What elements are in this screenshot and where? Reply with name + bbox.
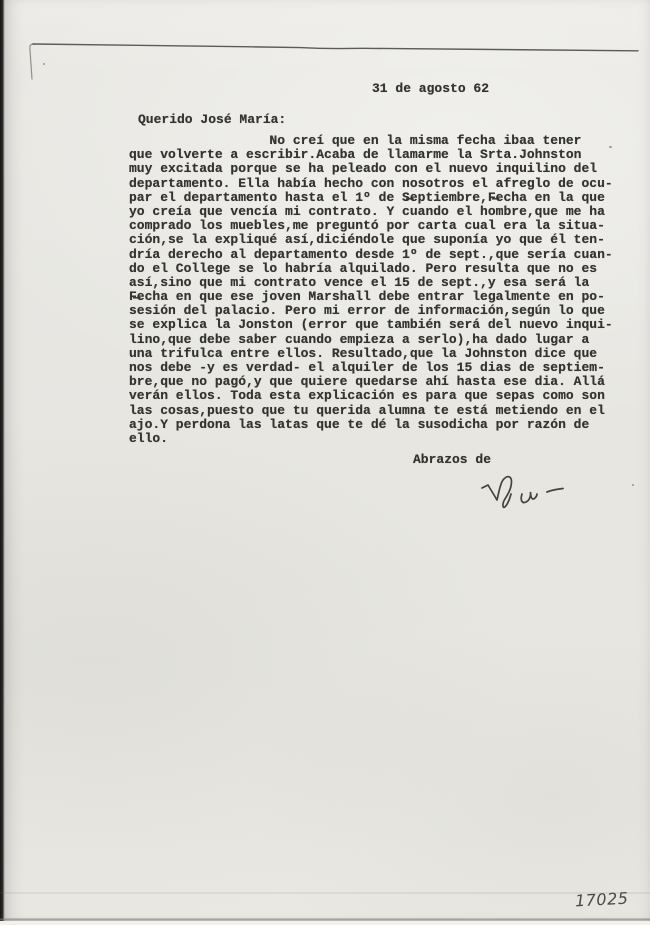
letter-body-line: una trifulca entre ellos. Resultado,que … xyxy=(129,347,613,361)
letter-body-line: yo creía que vencía mi contrato. Y cuand… xyxy=(129,205,613,219)
letter-body-line: lino,que debe saber cuando empieza a ser… xyxy=(129,333,613,347)
letter-body-line: se explica la Jonston (error que también… xyxy=(129,318,613,332)
letter-body-line: dría derecho al departamento desde 1º de… xyxy=(129,248,613,262)
scanned-letter-page: 31 de agosto 62 Querido José María: No c… xyxy=(0,0,650,925)
letter-body-line: las cosas,puesto que tu querida alumna t… xyxy=(129,404,613,418)
letter-body-line: que volverte a escribir.Acaba de llamarm… xyxy=(129,148,613,162)
letter-body-line: sesión del palacio. Pero mi error de inf… xyxy=(129,304,613,318)
letter-body: No creí que en la misma fecha ibaa tener… xyxy=(129,134,613,446)
scan-speck xyxy=(43,63,45,65)
letter-closing: Abrazos de xyxy=(413,452,491,467)
letter-body-line: No creí que en la misma fecha ibaa tener xyxy=(129,134,613,148)
letter-body-line: do el College se lo habría alquilado. Pe… xyxy=(129,262,613,276)
letter-body-line: ello. xyxy=(129,432,613,446)
letter-date: 31 de agosto 62 xyxy=(372,81,489,96)
scan-left-edge-shadow xyxy=(0,0,5,925)
letter-body-line: así,sino que mi contrato vence el 15 de … xyxy=(129,276,613,290)
archive-number: 17025 xyxy=(575,889,629,911)
letter-body-line: par el departamento hasta el 1º de S̶ept… xyxy=(129,191,613,205)
letter-body-line: F̶echa en que ese joven Marshall debe en… xyxy=(129,290,613,304)
handwritten-signature xyxy=(478,471,578,527)
scan-speck xyxy=(632,484,634,486)
letter-salutation: Querido José María: xyxy=(138,112,286,127)
letter-body-line: nos debe -y es verdad- el alquiler de lo… xyxy=(129,361,613,375)
letter-body-line: departamento. Ella había hecho con nosot… xyxy=(129,177,613,191)
scan-bottom-backing xyxy=(0,921,650,925)
letter-body-line: ajo.Y perdona las latas que te dé la sus… xyxy=(129,418,613,432)
letter-body-line: muy excitada porque se ha peleado con el… xyxy=(129,162,613,176)
letter-body-line: ción,se la expliqué así,diciéndole que s… xyxy=(129,233,613,247)
letter-body-line: bre,que no pagó,y que quiere quedarse ah… xyxy=(129,375,613,389)
letter-body-line: verán ellos. Toda esta explicación es pa… xyxy=(129,389,613,403)
letter-body-line: comprado los muebles,me preguntó por car… xyxy=(129,219,613,233)
